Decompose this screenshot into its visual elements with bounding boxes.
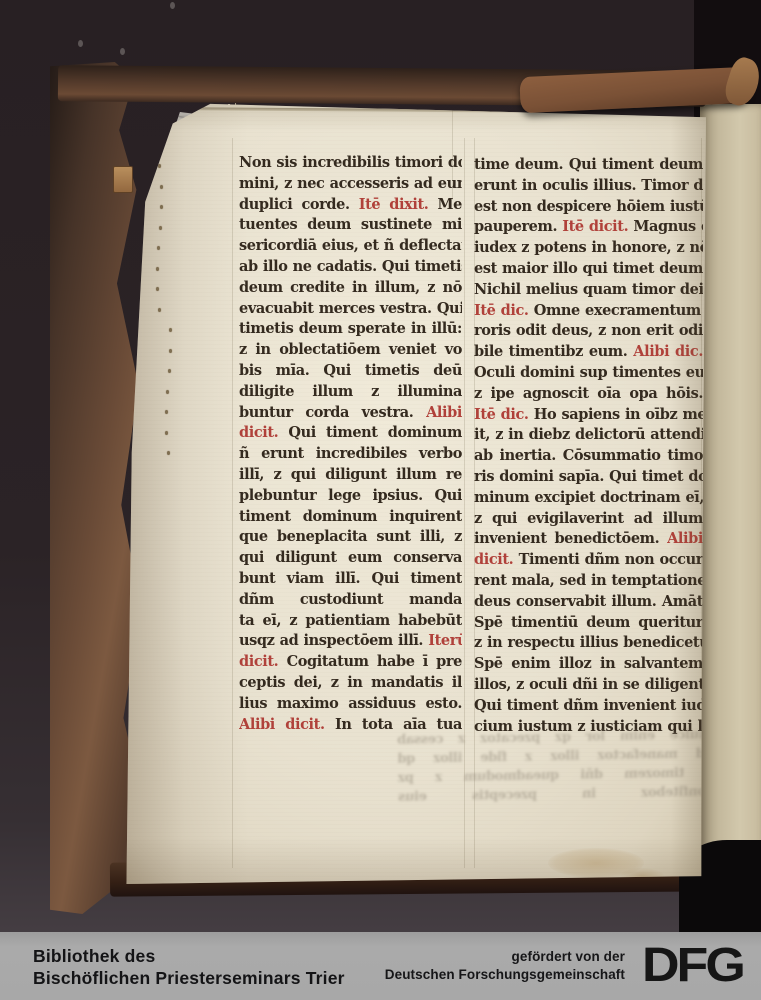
page-shading <box>120 100 706 884</box>
facing-page-edge <box>700 104 761 872</box>
dust-speck <box>120 48 125 55</box>
library-name-line2: Bischöflichen Priesterseminars Trier <box>33 967 345 989</box>
dfg-logo: DFG <box>642 938 754 991</box>
leather-tab <box>113 166 133 193</box>
manuscript-photo: Non sis incredibilis timori domini, z ne… <box>0 0 761 932</box>
funding-credit-line2: Deutschen Forschungsgemeinschaft <box>385 966 625 984</box>
library-name: Bibliothek des Bischöflichen Priestersem… <box>33 945 345 989</box>
dust-speck <box>170 2 175 9</box>
manuscript-scan-page: Non sis incredibilis timori domini, z ne… <box>0 0 761 1000</box>
library-name-line1: Bibliothek des <box>33 945 345 967</box>
parchment-page: Non sis incredibilis timori domini, z ne… <box>120 100 706 884</box>
funding-credit: gefördert von der Deutschen Forschungsge… <box>385 948 625 983</box>
dust-speck <box>78 40 83 47</box>
funding-credit-line1: gefördert von der <box>385 948 625 966</box>
